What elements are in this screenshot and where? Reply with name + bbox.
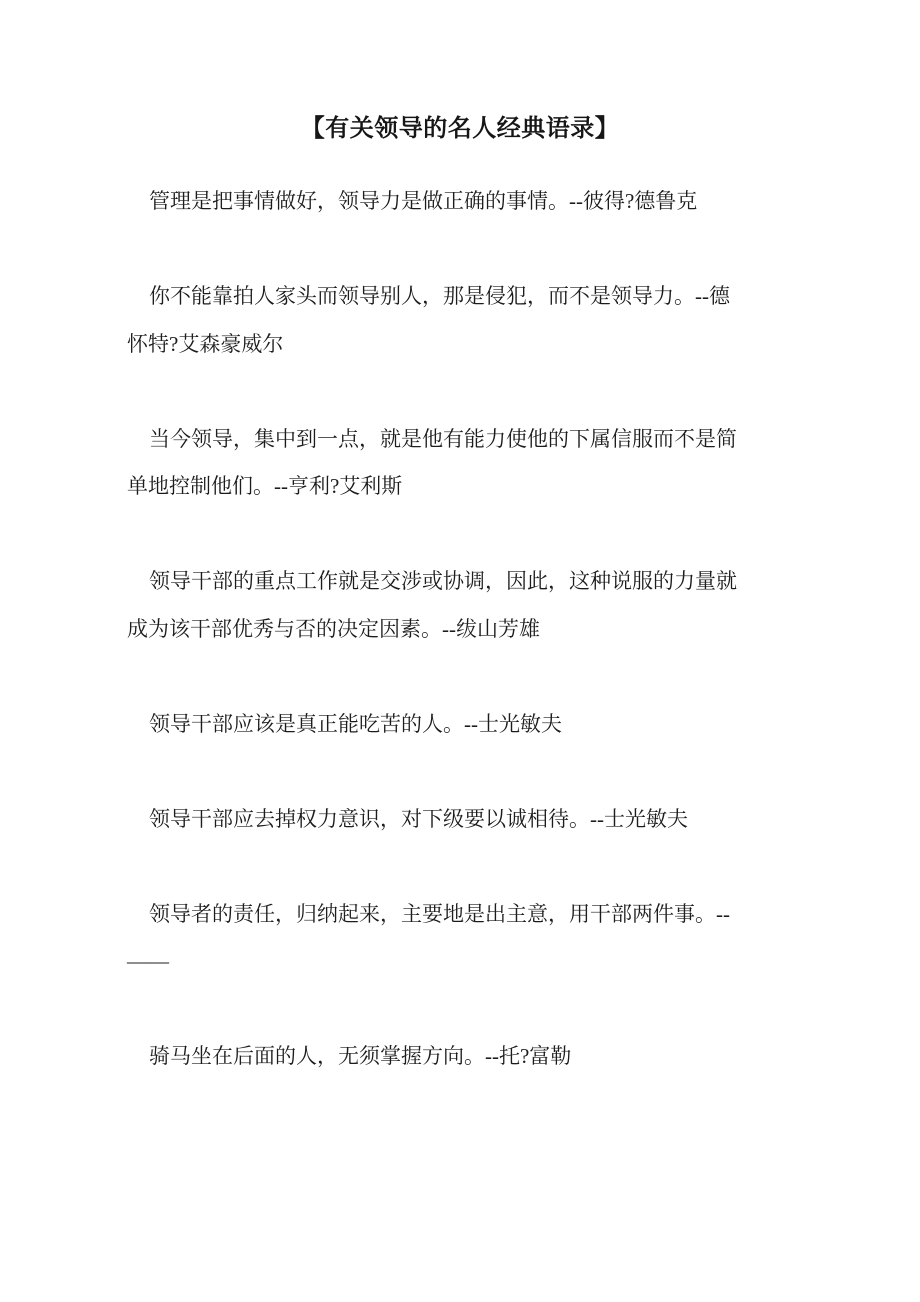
document-page: 【有关领导的名人经典语录】 管理是把事情做好，领导力是做正确的事情。--彼得?德…: [0, 0, 920, 1302]
paragraph: 领导干部应该是真正能吃苦的人。--士光敏夫: [127, 701, 800, 749]
paragraph-line: 怀特?艾森豪威尔: [127, 321, 800, 369]
paragraph: 领导干部的重点工作就是交涉或协调，因此，这种说服的力量就成为该干部优秀与否的决定…: [127, 558, 800, 653]
paragraph-line: 领导干部应去掉权力意识，对下级要以诚相待。--士光敏夫: [127, 796, 800, 844]
paragraph-line: 领导者的责任，归纳起来，主要地是出主意，用干部两件事。--: [127, 891, 800, 939]
paragraph-line: 成为该干部优秀与否的决定因素。--绂山芳雄: [127, 606, 800, 654]
paragraph-line: 领导干部的重点工作就是交涉或协调，因此，这种说服的力量就: [127, 558, 800, 606]
document-body: 管理是把事情做好，领导力是做正确的事情。--彼得?德鲁克你不能靠拍人家头而领导别…: [0, 178, 920, 1081]
paragraph-line: 管理是把事情做好，领导力是做正确的事情。--彼得?德鲁克: [127, 178, 800, 226]
paragraph: 管理是把事情做好，领导力是做正确的事情。--彼得?德鲁克: [127, 178, 800, 226]
paragraph: 领导者的责任，归纳起来，主要地是出主意，用干部两件事。--——: [127, 891, 800, 986]
paragraph-line: 当今领导，集中到一点，就是他有能力使他的下属信服而不是简: [127, 416, 800, 464]
paragraph: 当今领导，集中到一点，就是他有能力使他的下属信服而不是简单地控制他们。--亨利?…: [127, 416, 800, 511]
page-title: 【有关领导的名人经典语录】: [0, 0, 920, 146]
paragraph: 骑马坐在后面的人，无须掌握方向。--托?富勒: [127, 1033, 800, 1081]
paragraph-line: 单地控制他们。--亨利?艾利斯: [127, 463, 800, 511]
paragraph: 领导干部应去掉权力意识，对下级要以诚相待。--士光敏夫: [127, 796, 800, 844]
paragraph: 你不能靠拍人家头而领导别人，那是侵犯，而不是领导力。--德怀特?艾森豪威尔: [127, 273, 800, 368]
paragraph-line: 骑马坐在后面的人，无须掌握方向。--托?富勒: [127, 1033, 800, 1081]
paragraph-line: 你不能靠拍人家头而领导别人，那是侵犯，而不是领导力。--德: [127, 273, 800, 321]
paragraph-line: 领导干部应该是真正能吃苦的人。--士光敏夫: [127, 701, 800, 749]
paragraph-line: ——: [127, 938, 800, 986]
